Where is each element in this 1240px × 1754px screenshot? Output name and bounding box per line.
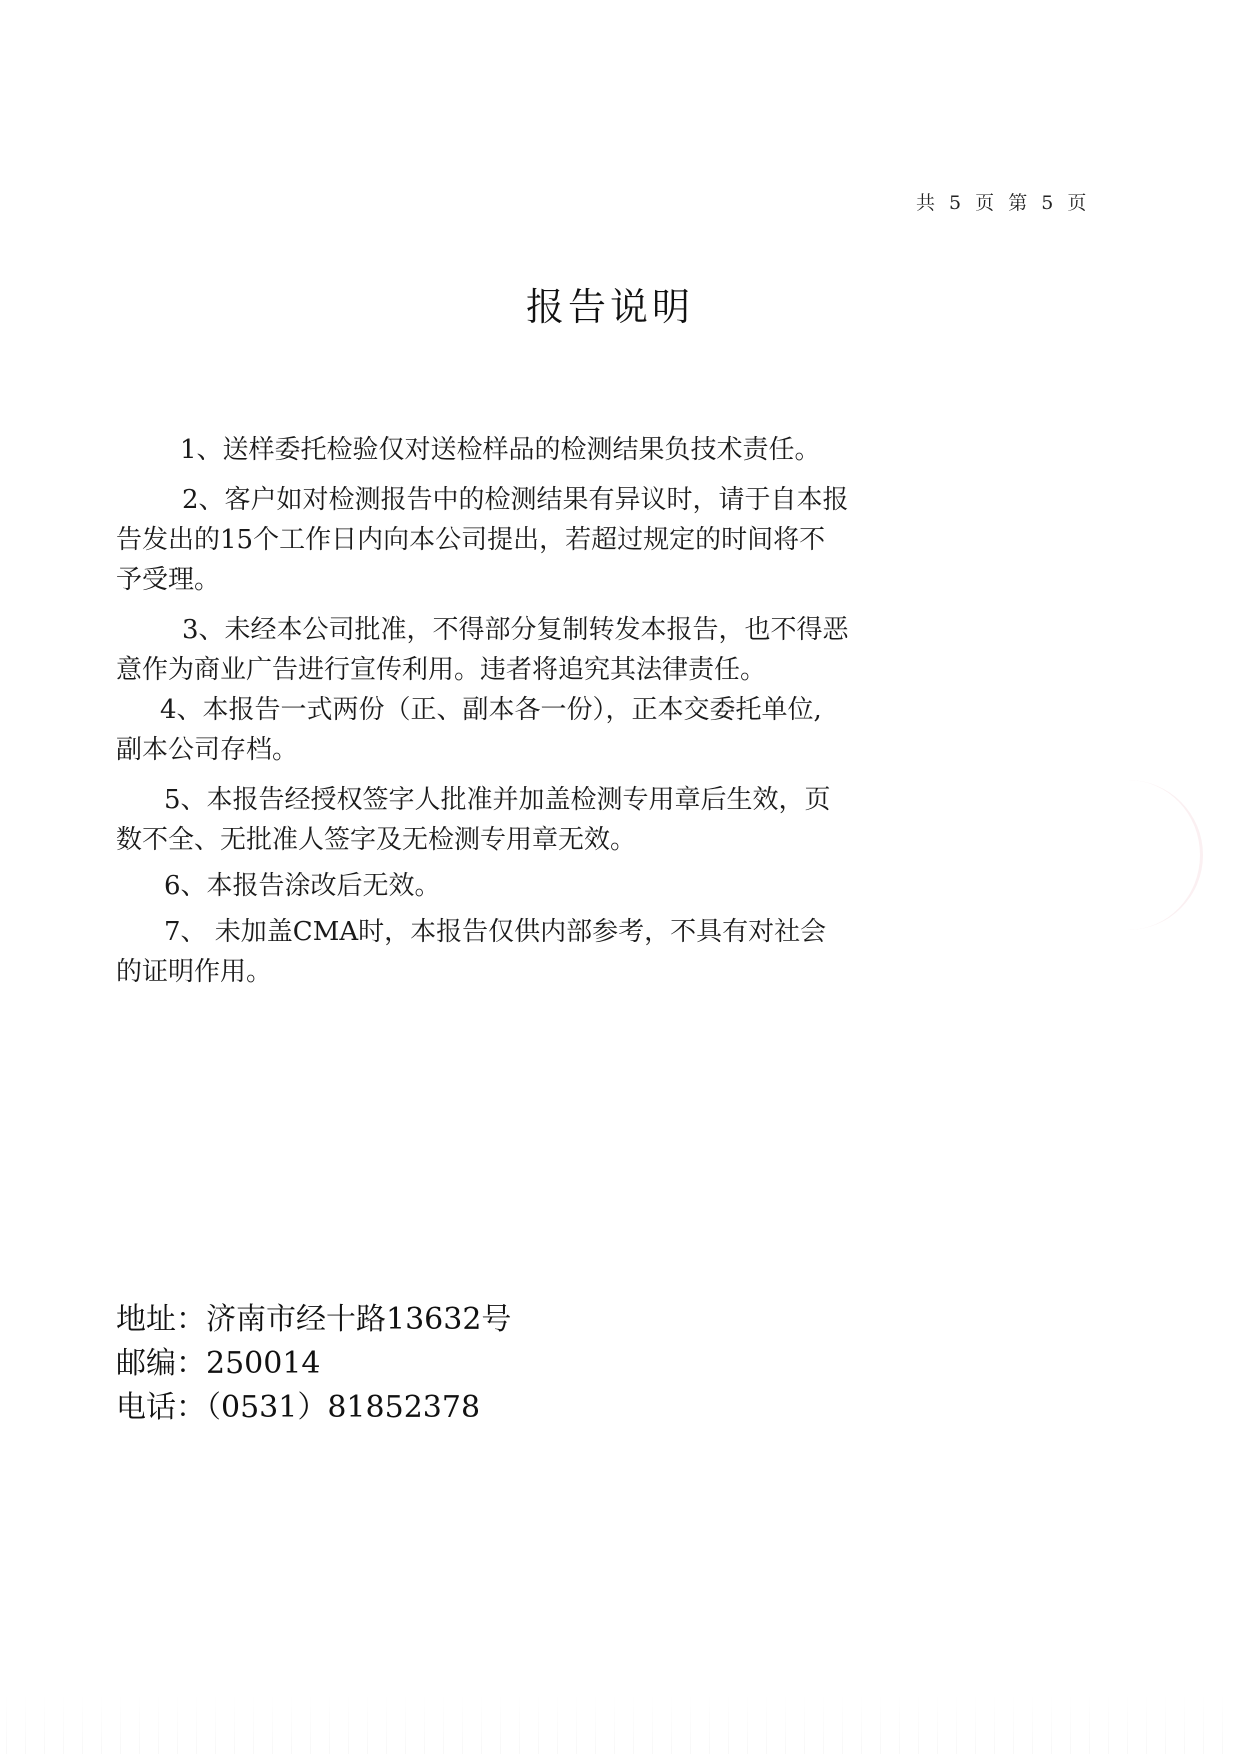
faint-seal-stamp	[1110, 780, 1203, 930]
note-line: 告发出的15个工作日内向本公司提出，若超过规定的时间将不	[116, 520, 956, 560]
note-line: 意作为商业广告进行宣传利用。违者将追究其法律责任。	[116, 650, 956, 690]
contact-info: 地址：济南市经十路13632号 邮编：250014 电话：（0531）81852…	[116, 1298, 511, 1430]
note-3: 3、未经本公司批准，不得部分复制转发本报告，也不得恶 意作为商业广告进行宣传利用…	[116, 610, 956, 690]
note-line: 予受理。	[116, 560, 956, 600]
page-title: 报告说明	[0, 276, 1240, 331]
postcode: 邮编：250014	[116, 1342, 511, 1386]
note-line: 的证明作用。	[116, 952, 956, 992]
title-text: 报告说明	[526, 285, 694, 329]
note-line: 4、本报告一式两份（正、副本各一份），正本交委托单位,	[116, 690, 956, 730]
scan-artifacts	[0, 1690, 1240, 1754]
phone: 电话：（0531）81852378	[116, 1386, 511, 1430]
page-counter: 共 5 页 第 5 页	[916, 188, 1088, 215]
note-line: 5、本报告经授权签字人批准并加盖检测专用章后生效，页	[116, 780, 956, 820]
note-4: 4、本报告一式两份（正、副本各一份），正本交委托单位, 副本公司存档。	[116, 690, 956, 770]
note-line: 3、未经本公司批准，不得部分复制转发本报告，也不得恶	[116, 610, 956, 650]
note-line: 副本公司存档。	[116, 730, 956, 770]
note-line: 1、送样委托检验仅对送检样品的检测结果负技术责任。	[180, 430, 956, 470]
note-line: 7、 未加盖CMA时，本报告仅供内部参考，不具有对社会	[116, 912, 956, 952]
note-line: 2、客户如对检测报告中的检测结果有异议时，请于自本报	[116, 480, 956, 520]
note-7: 7、 未加盖CMA时，本报告仅供内部参考，不具有对社会 的证明作用。	[116, 912, 956, 992]
note-6: 6、本报告涂改后无效。	[116, 866, 956, 906]
report-notes: 1、送样委托检验仅对送检样品的检测结果负技术责任。 2、客户如对检测报告中的检测…	[116, 430, 956, 992]
note-line: 数不全、无批准人签字及无检测专用章无效。	[116, 820, 956, 860]
note-2: 2、客户如对检测报告中的检测结果有异议时，请于自本报 告发出的15个工作日内向本…	[116, 480, 956, 600]
note-line: 6、本报告涂改后无效。	[116, 866, 956, 906]
note-5: 5、本报告经授权签字人批准并加盖检测专用章后生效，页 数不全、无批准人签字及无检…	[116, 780, 956, 860]
note-1: 1、送样委托检验仅对送检样品的检测结果负技术责任。	[116, 430, 956, 470]
address: 地址：济南市经十路13632号	[116, 1298, 511, 1342]
